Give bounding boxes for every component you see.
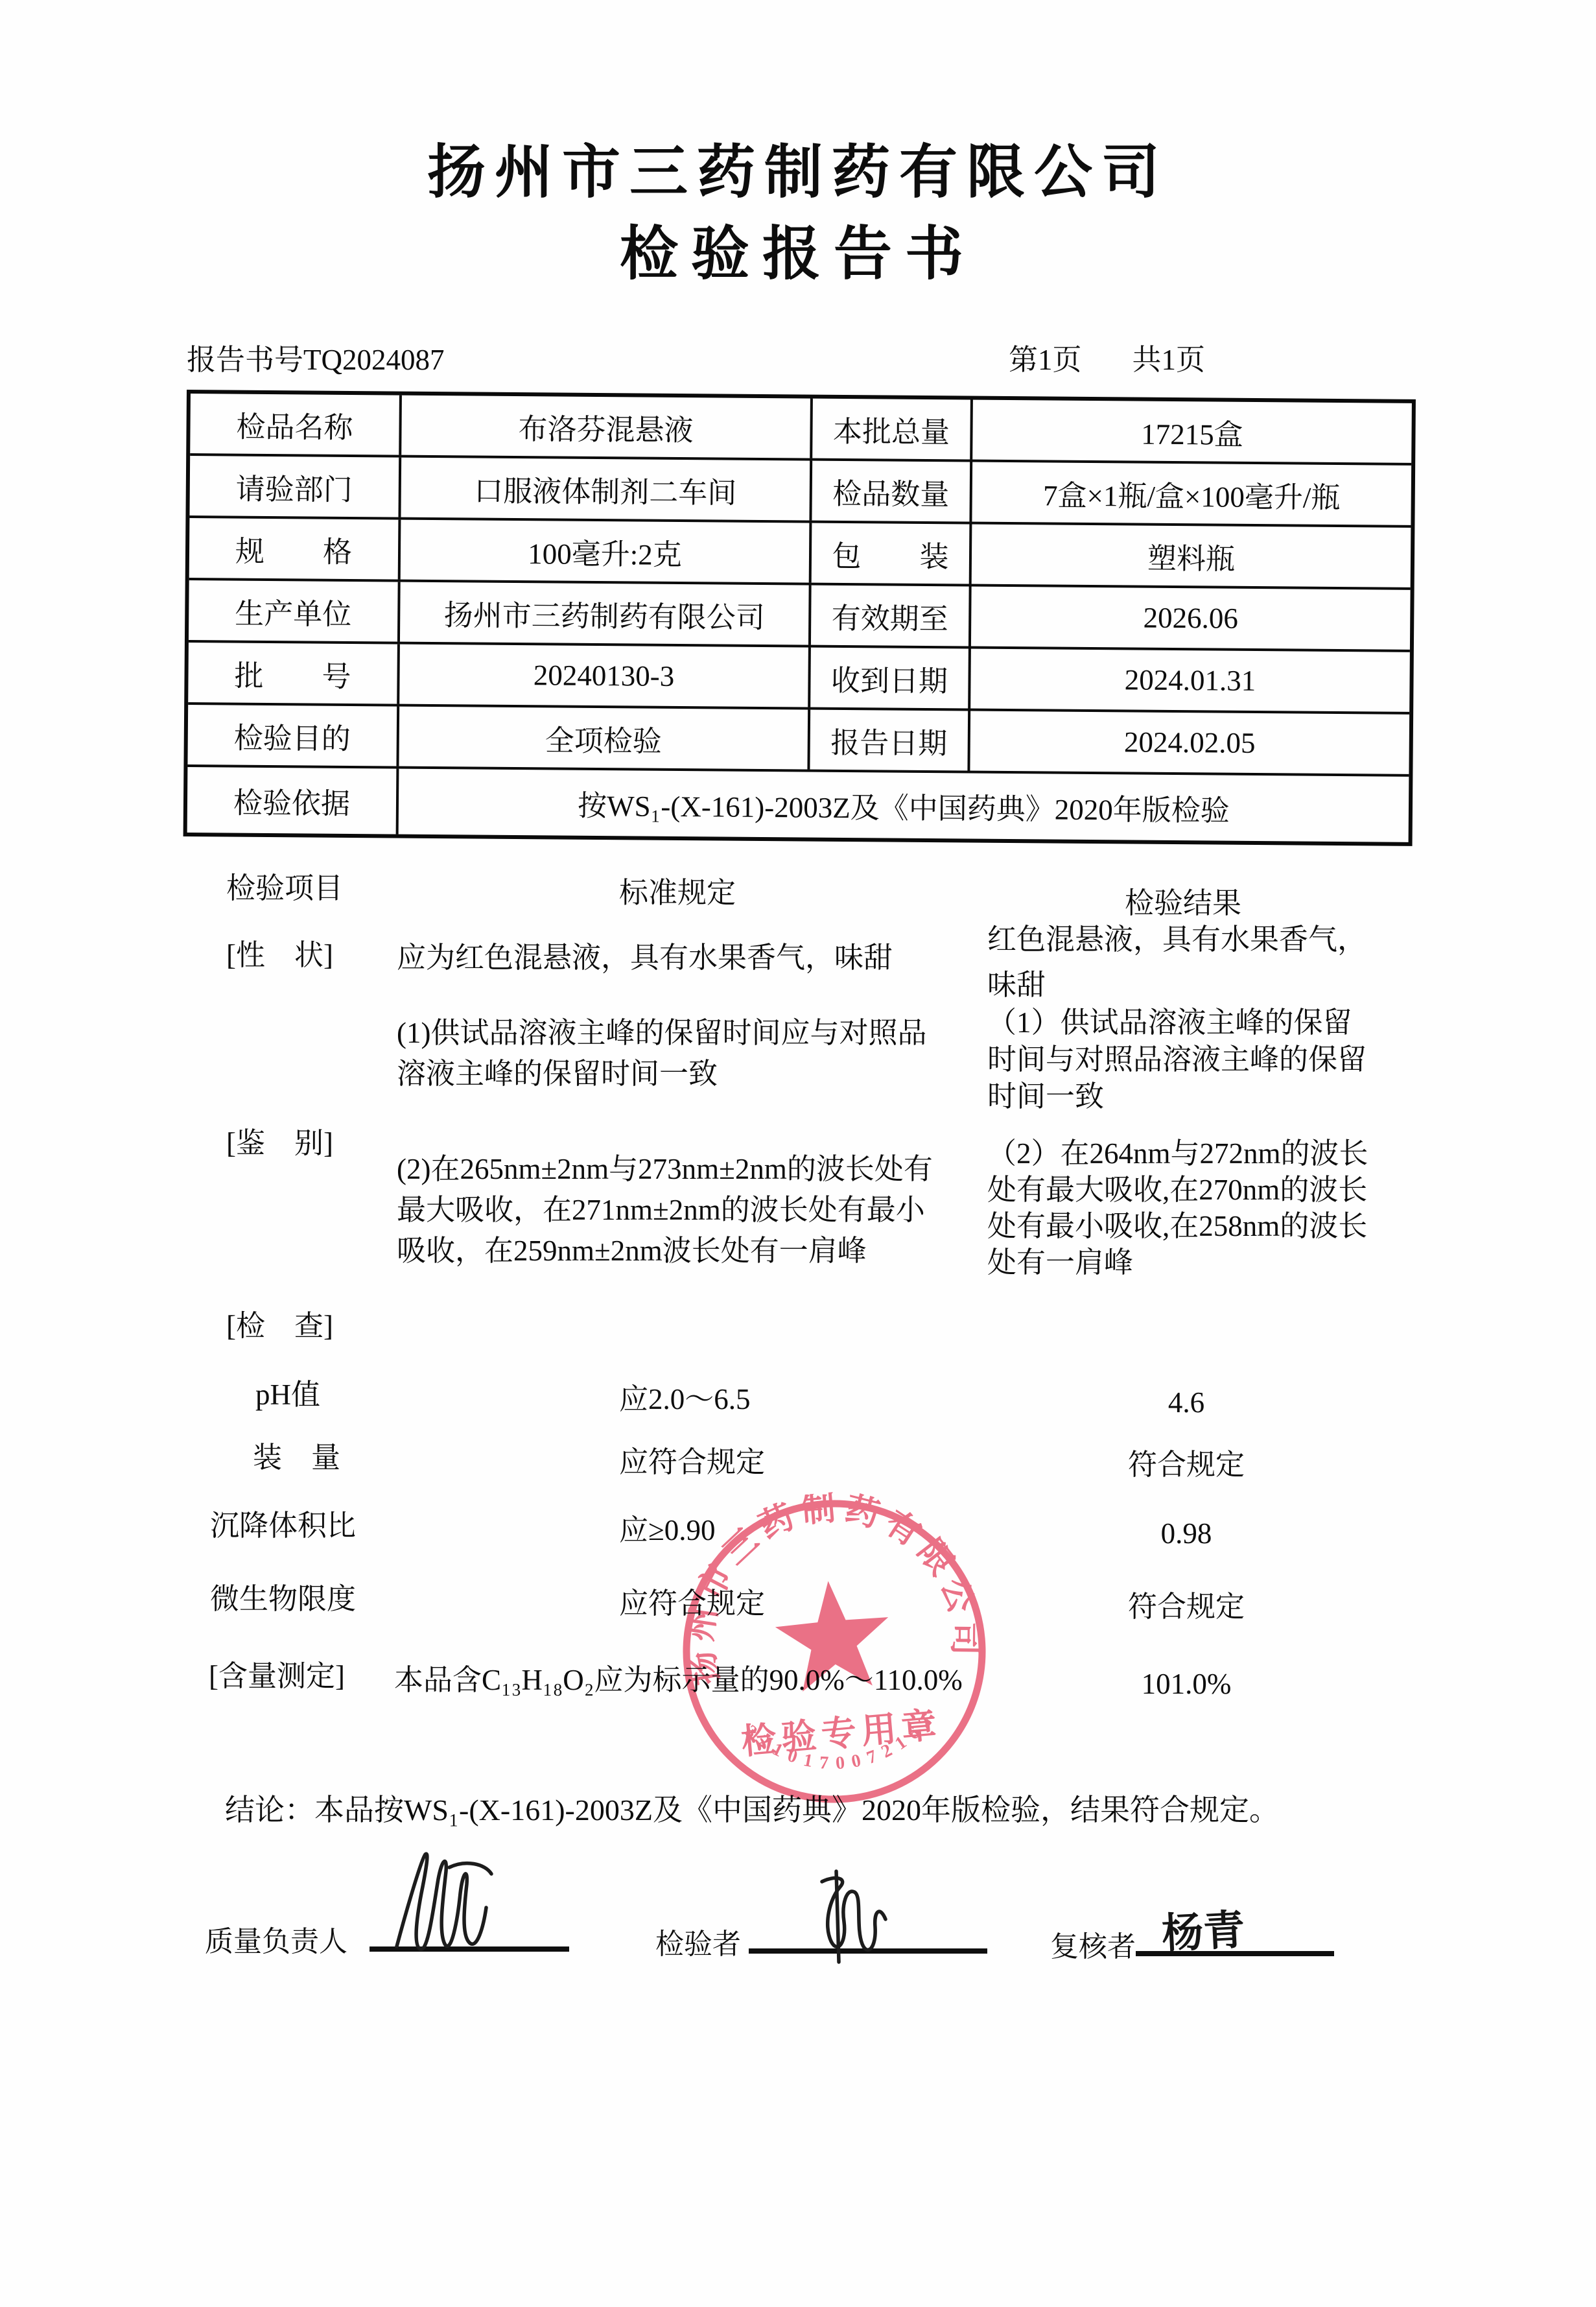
row-value: 塑料瓶 — [969, 524, 1411, 587]
test-result-microbial: 符合规定 — [987, 1591, 1385, 1624]
row-value: 20240130-3 — [397, 645, 808, 707]
row-label: 检验目的 — [187, 705, 397, 766]
table-row: 检品名称 布洛芬混悬液 本批总量 17215盒 — [190, 394, 1412, 463]
row-value: 口服液体制剂二车间 — [398, 458, 810, 521]
row-value: 按WS₁-(X-161)-2003Z及《中国药典》2020年版检验 — [396, 769, 1409, 842]
test-standard-volume: 应符合规定 — [619, 1446, 765, 1480]
sample-info-table: 检品名称 布洛芬混悬液 本批总量 17215盒 请验部门 口服液体制剂二车间 检… — [183, 390, 1416, 846]
test-standard-ph: 应2.0～6.5 — [619, 1383, 751, 1417]
result-line: 红色混悬液，具有水果香气， — [987, 923, 1367, 969]
row-value: 17215盒 — [970, 399, 1412, 462]
column-header-standard: 标准规定 — [619, 877, 736, 910]
result-line: 时间一致 — [987, 1080, 1367, 1117]
test-item-ph: pH值 — [255, 1378, 320, 1412]
row-value: 扬州市三药制药有限公司 — [397, 582, 809, 645]
row-label: 检品数量 — [809, 461, 970, 522]
standard-line: (1)供试品溶液主峰的保留时间应与对照品 — [397, 1017, 926, 1058]
result-line: 时间与对照品溶液主峰的保留 — [987, 1043, 1367, 1080]
row-value: 2024.01.31 — [968, 648, 1410, 711]
row-value: 7盒×1瓶/盒×100毫升/瓶 — [969, 462, 1411, 525]
item-label-identification: [鉴 别] — [226, 1127, 333, 1161]
column-header-result: 检验结果 — [1125, 887, 1241, 921]
page-total: 共1页 — [1132, 344, 1206, 376]
document-title: 检验报告书 — [0, 206, 1596, 290]
quality-manager-signature-scribble — [388, 1848, 524, 1955]
inspector-label: 检验者 — [655, 1921, 741, 1962]
quality-manager-label: 质量负责人 — [205, 1918, 347, 1959]
reviewer-label: 复核者 — [1050, 1923, 1136, 1965]
test-item-volume: 装 量 — [253, 1441, 340, 1475]
page-indicator: 第1页共1页 — [1009, 336, 1205, 378]
row-value: 100毫升:2克 — [398, 520, 810, 583]
row-label: 检品名称 — [190, 394, 399, 455]
row-label: 包 装 — [809, 523, 970, 584]
row-label: 请验部门 — [189, 456, 399, 517]
standard-line: (2)在265nm±2nm与273nm±2nm的波长处有 — [397, 1153, 933, 1194]
standard-line: 最大吸收，在271nm±2nm的波长处有最小 — [397, 1194, 933, 1235]
standard-line: 溶液主峰的保留时间一致 — [397, 1058, 926, 1098]
identification-standard-2: (2)在265nm±2nm与273nm±2nm的波长处有 最大吸收，在271nm… — [397, 1153, 933, 1275]
row-value: 2024.02.05 — [967, 711, 1409, 774]
result-line: （1）供试品溶液主峰的保留 — [987, 1006, 1367, 1043]
row-label: 收到日期 — [808, 648, 968, 709]
standard-line: 吸收，在259nm±2nm波长处有一肩峰 — [397, 1235, 933, 1275]
result-line: 处有最小吸收,在258nm的波长 — [987, 1210, 1368, 1246]
inspector-signature-scribble — [799, 1865, 909, 1965]
table-row-basis: 检验依据 按WS₁-(X-161)-2003Z及《中国药典》2020年版检验 — [187, 764, 1409, 842]
table-row: 检验目的 全项检验 报告日期 2024.02.05 — [187, 702, 1409, 774]
table-row: 规 格 100毫升:2克 包 装 塑料瓶 — [189, 515, 1411, 587]
row-label: 批 号 — [188, 643, 397, 704]
reviewer-signature-name: 杨青 — [1160, 1897, 1247, 1961]
test-item-sedimentation: 沉降体积比 — [210, 1509, 356, 1543]
test-result-volume: 符合规定 — [987, 1449, 1385, 1482]
row-label: 检验依据 — [187, 767, 397, 834]
row-value: 全项检验 — [396, 707, 808, 770]
table-row: 请验部门 口服液体制剂二车间 检品数量 7盒×1瓶/盒×100毫升/瓶 — [189, 453, 1411, 525]
test-result-sedimentation: 0.98 — [987, 1517, 1385, 1551]
inspection-seal: 扬州市三药制药有限公司 检验专用章 3210170072162 — [663, 1480, 1007, 1824]
row-label: 报告日期 — [807, 710, 968, 771]
row-label: 有效期至 — [808, 586, 969, 646]
item-label-tests: [检 查] — [226, 1310, 333, 1343]
appearance-standard: 应为红色混悬液，具有水果香气，味甜 — [397, 941, 893, 975]
appearance-result: 红色混悬液，具有水果香气， 味甜 — [987, 923, 1367, 1014]
result-line: 处有最大吸收,在270nm的波长 — [987, 1174, 1368, 1210]
item-label-appearance: [性 状] — [226, 939, 333, 973]
row-label: 生产单位 — [189, 580, 398, 642]
column-header-item: 检验项目 — [226, 872, 343, 906]
identification-result-1: （1）供试品溶液主峰的保留 时间与对照品溶液主峰的保留 时间一致 — [987, 1006, 1367, 1117]
row-label: 本批总量 — [810, 399, 970, 460]
row-value: 布洛芬混悬液 — [399, 396, 810, 458]
table-row: 生产单位 扬州市三药制药有限公司 有效期至 2026.06 — [189, 578, 1411, 650]
item-label-assay: [含量测定] — [209, 1660, 345, 1694]
inspection-report-page: 扬州市三药制药有限公司 检验报告书 报告书号TQ2024087 第1页共1页 检… — [0, 0, 1596, 2307]
test-item-microbial: 微生物限度 — [210, 1583, 356, 1616]
company-title: 扬州市三药制药有限公司 — [0, 124, 1596, 209]
row-value: 2026.06 — [968, 586, 1411, 649]
star-icon — [771, 1576, 894, 1694]
identification-standard-1: (1)供试品溶液主峰的保留时间应与对照品 溶液主峰的保留时间一致 — [397, 1017, 926, 1098]
page-current: 第1页 — [1009, 344, 1082, 376]
table-row: 批 号 20240130-3 收到日期 2024.01.31 — [188, 640, 1410, 712]
result-line: 处有一肩峰 — [987, 1246, 1368, 1283]
test-result-ph: 4.6 — [987, 1386, 1385, 1420]
report-number: 报告书号TQ2024087 — [187, 336, 445, 378]
identification-result-2: （2）在264nm与272nm的波长 处有最大吸收,在270nm的波长 处有最小… — [987, 1137, 1368, 1283]
assay-result: 101.0% — [987, 1668, 1385, 1701]
result-line: （2）在264nm与272nm的波长 — [987, 1137, 1368, 1174]
row-label: 规 格 — [189, 518, 399, 580]
